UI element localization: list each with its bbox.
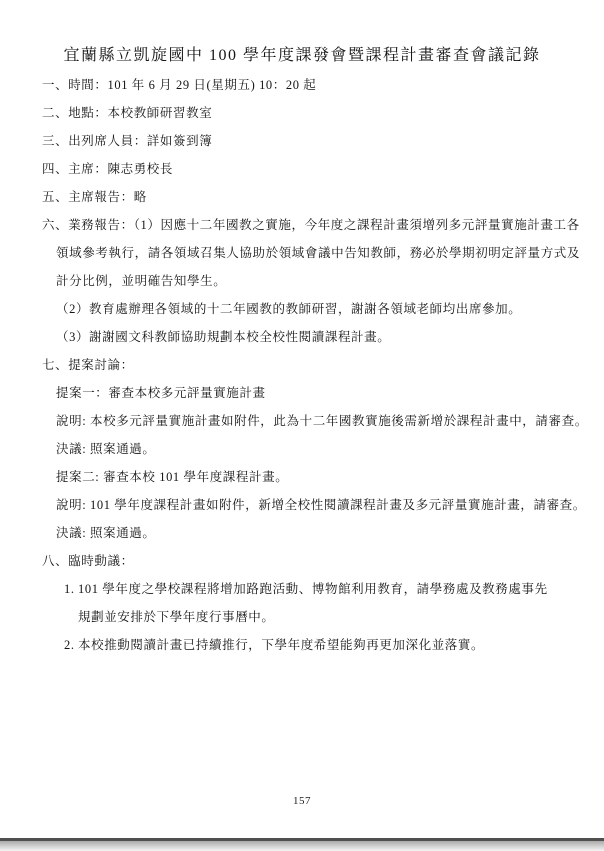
doc-title: 宜蘭縣立凱旋國中 100 學年度課發會暨課程計畫審查會議記錄 bbox=[0, 42, 604, 65]
doc-line-chair-report: 五、主席報告：略 bbox=[0, 183, 604, 211]
motion-2-number: 2. bbox=[64, 631, 78, 659]
doc-line-business-report-3: （3）謝謝國文科教師協助規劃本校全校性閱讀課程計畫。 bbox=[0, 323, 604, 351]
doc-line-time: 一、時間：101 年 6 月 29 日(星期五) 10：20 起 bbox=[0, 71, 604, 99]
doc-line-proposal-1-note: 說明: 本校多元評量實施計畫如附件，此為十二年國教實施後需新增於課程計畫中，請審… bbox=[0, 407, 604, 435]
document-page: 宜蘭縣立凱旋國中 100 學年度課發會暨課程計畫審查會議記錄 一、時間：101 … bbox=[0, 0, 604, 851]
motion-1-text: 101 學年度之學校課程將增加路跑活動、博物館利用教育，請學務處及教務處事先 bbox=[78, 582, 548, 596]
motion-1-number: 1. bbox=[64, 575, 78, 603]
doc-line-place: 二、地點：本校教師研習教室 bbox=[0, 99, 604, 127]
doc-line-business-report-1: 六、業務報告：（1）因應十二年國教之實施，今年度之課程計畫須增列多元評量實施計畫… bbox=[0, 211, 604, 239]
page-bottom-shadow bbox=[0, 841, 604, 851]
doc-line-motion-1-cont: 規劃並安排於下學年度行事曆中。 bbox=[0, 603, 604, 631]
doc-line-proposal-2-note: 說明: 101 學年度課程計畫如附件，新增全校性閱讀課程計畫及多元評量實施計畫，… bbox=[0, 491, 604, 519]
doc-line-proposals-heading: 七、提案討論： bbox=[0, 351, 604, 379]
doc-line-attendees: 三、出列席人員：詳如簽到簿 bbox=[0, 127, 604, 155]
doc-line-business-report-1-cont: 領域參考執行，請各領域召集人協助於領域會議中告知教師，務必於學期初明定評量方式及 bbox=[0, 239, 604, 267]
doc-line-proposal-2-resolution: 決議: 照案通過。 bbox=[0, 519, 604, 547]
doc-line-motions-heading: 八、臨時動議： bbox=[0, 547, 604, 575]
doc-line-proposal-1-resolution: 決議: 照案通過。 bbox=[0, 435, 604, 463]
motion-2-text: 本校推動閱讀計畫已持續推行，下學年度希望能夠再更加深化並落實。 bbox=[78, 638, 484, 652]
doc-body: 一、時間：101 年 6 月 29 日(星期五) 10：20 起 二、地點：本校… bbox=[0, 71, 604, 659]
doc-line-business-report-2: （2）教育處辦理各領域的十二年國教的教師研習，謝謝各領域老師均出席參加。 bbox=[0, 295, 604, 323]
doc-line-business-report-1-cont2: 計分比例，並明確告知學生。 bbox=[0, 267, 604, 295]
doc-line-motion-1: 1.101 學年度之學校課程將增加路跑活動、博物館利用教育，請學務處及教務處事先 bbox=[0, 575, 604, 603]
doc-line-proposal-1: 提案一：審查本校多元評量實施計畫 bbox=[0, 379, 604, 407]
doc-line-motion-2: 2.本校推動閱讀計畫已持續推行，下學年度希望能夠再更加深化並落實。 bbox=[0, 631, 604, 659]
page-number: 157 bbox=[0, 795, 604, 807]
doc-line-chair: 四、主席：陳志勇校長 bbox=[0, 155, 604, 183]
doc-line-proposal-2: 提案二: 審查本校 101 學年度課程計畫。 bbox=[0, 463, 604, 491]
